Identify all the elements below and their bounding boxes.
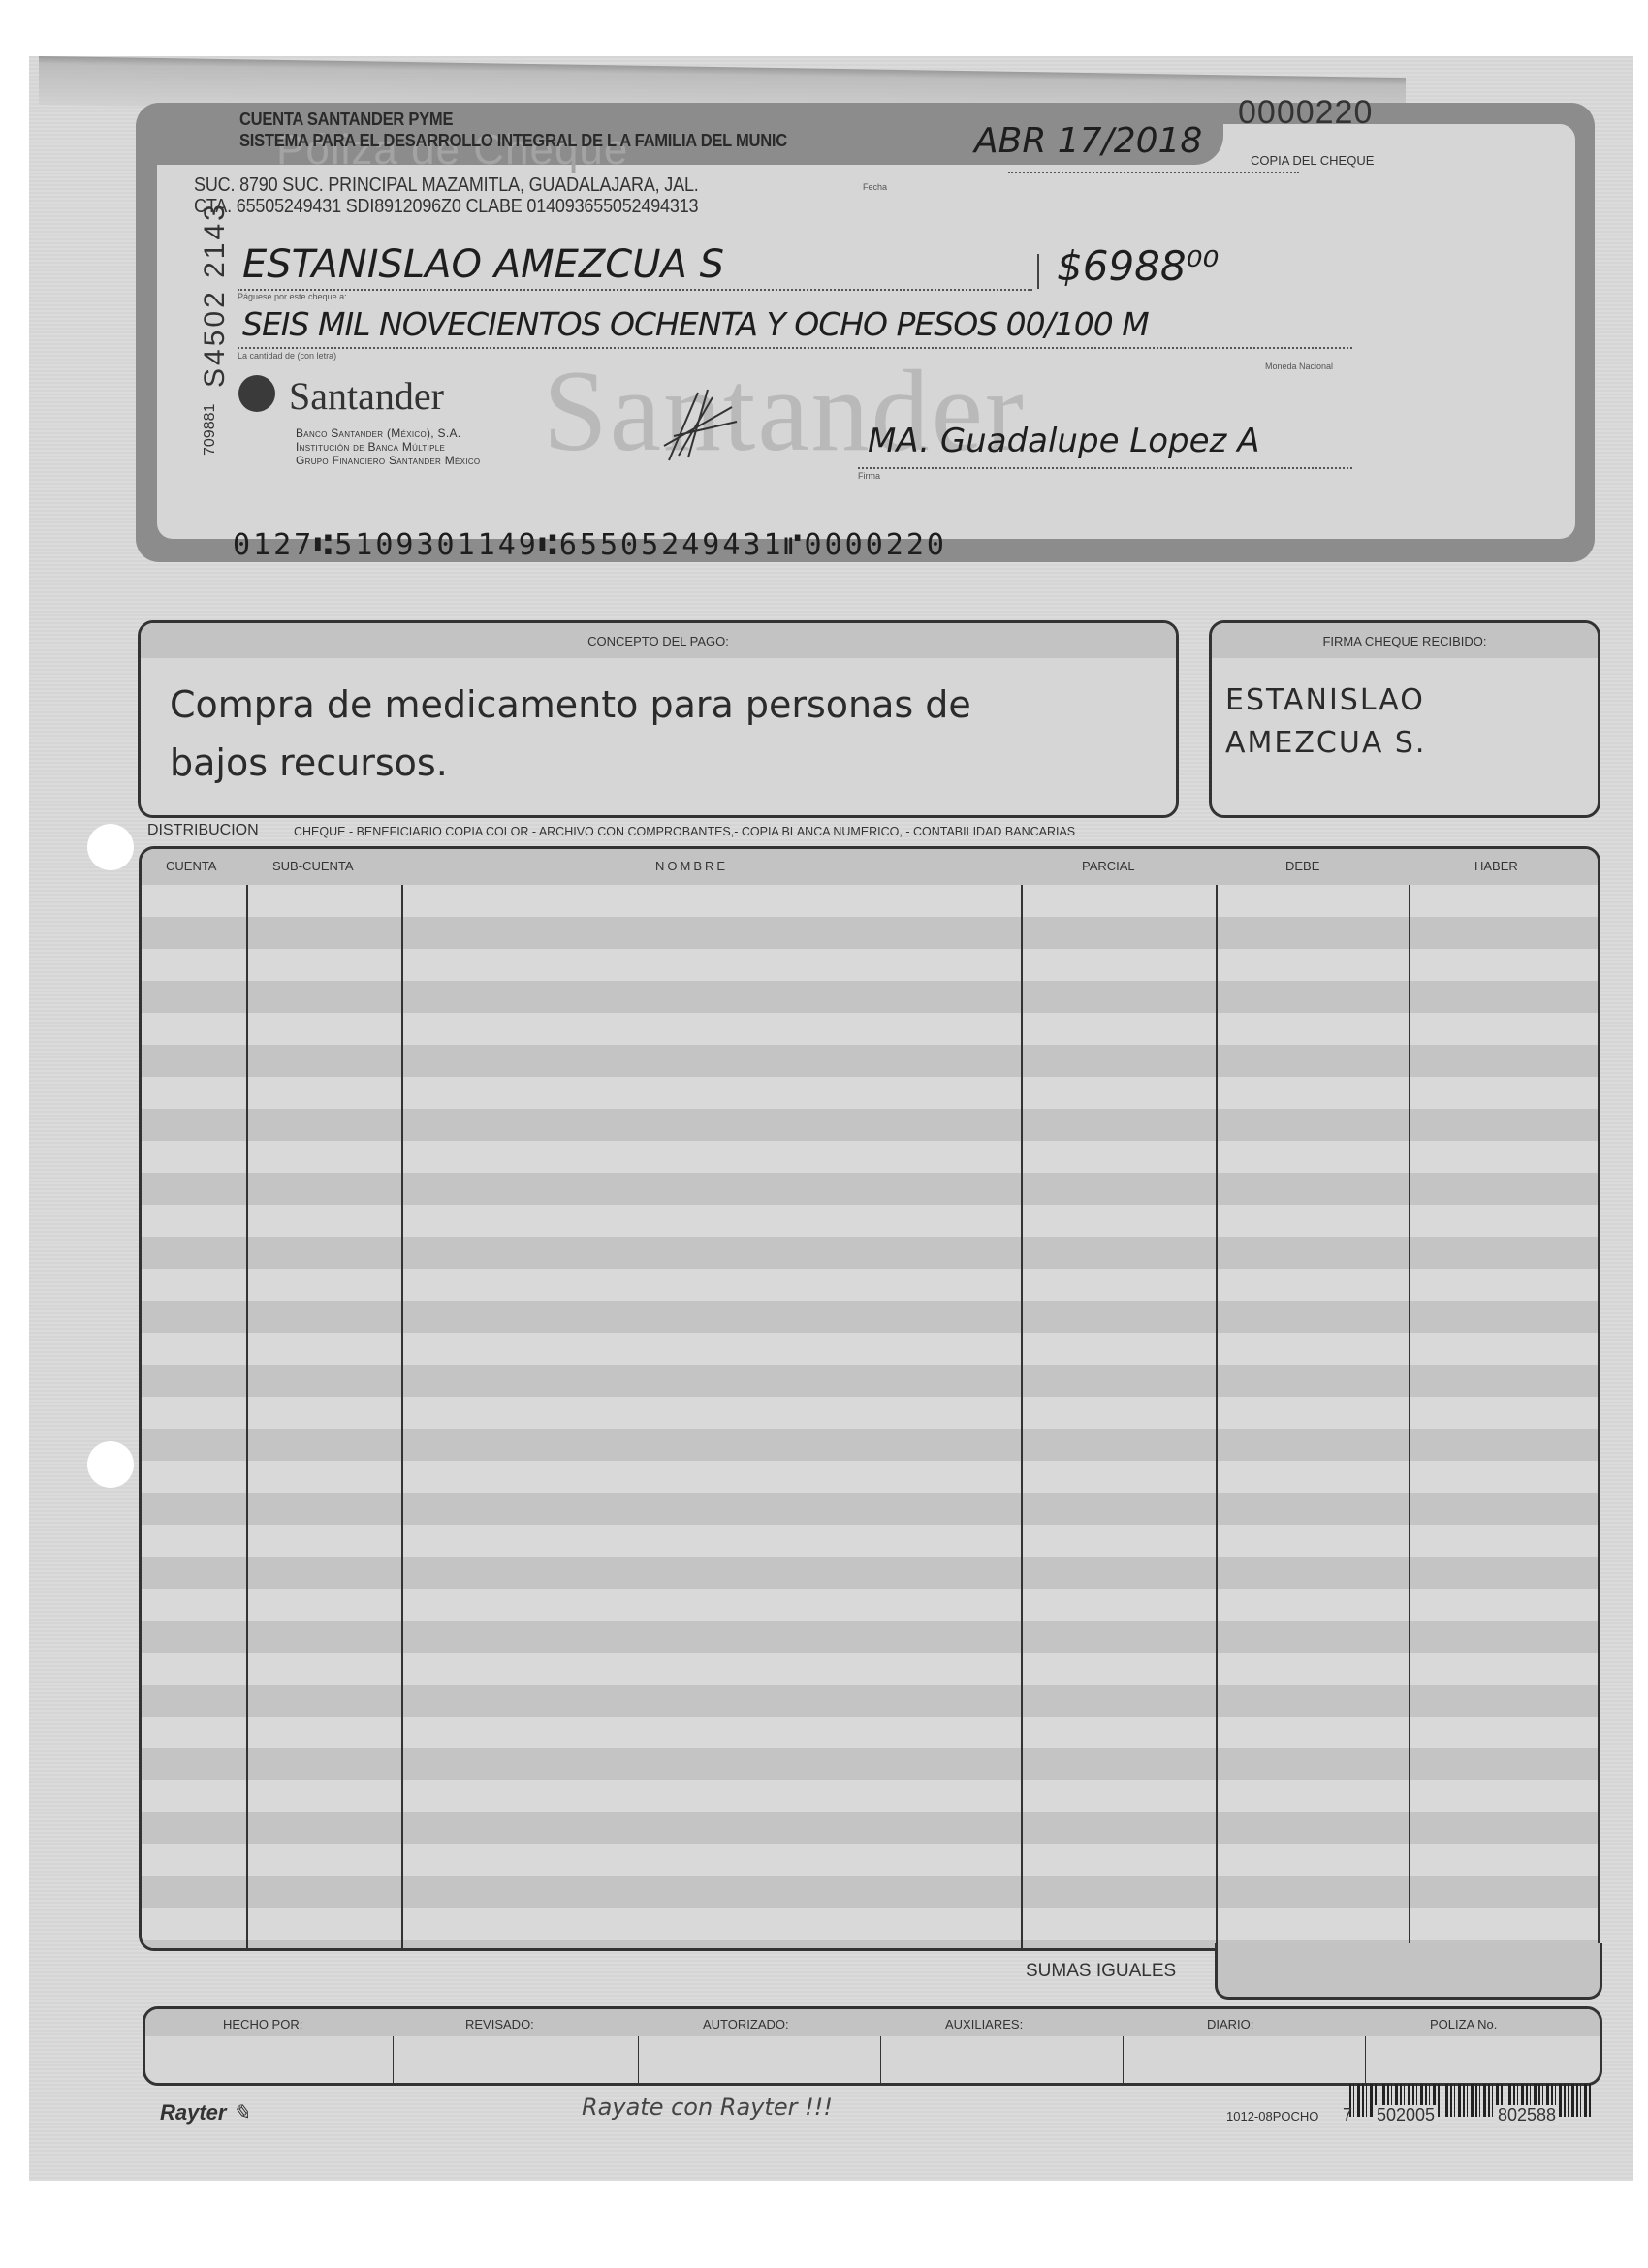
payee-value[interactable]: ESTANISLAO AMEZCUA S — [242, 242, 724, 287]
payee-line — [238, 289, 1032, 291]
bank-legal-info: Banco Santander (México), S.A. Instituci… — [296, 426, 480, 467]
signature-line — [858, 467, 1352, 469]
micr-line: 0127⑆5109301149⑆65505249431⑈0000220 — [233, 528, 947, 562]
date-line — [1008, 172, 1299, 173]
revisado-label: REVISADO: — [465, 2017, 534, 2032]
distribucion-detail: CHEQUE - BENEFICIARIO COPIA COLOR - ARCH… — [294, 825, 1075, 838]
amount-value[interactable]: $6988⁰⁰ — [1057, 242, 1219, 290]
concepto-label: CONCEPTO DEL PAGO: — [141, 623, 1176, 658]
copy-label: COPIA DEL CHEQUE — [1251, 153, 1374, 168]
rayter-logo: Rayter ✎ — [160, 2100, 250, 2126]
signature-label: Firma — [858, 471, 880, 481]
distribution-table: CUENTA SUB-CUENTA NOMBRE PARCIAL DEBE HA… — [139, 846, 1600, 1951]
firma-recibido-label: FIRMA CHEQUE RECIBIDO: — [1212, 623, 1598, 658]
hecho-por-label: HECHO POR: — [223, 2017, 302, 2032]
firma-recibido-box: FIRMA CHEQUE RECIBIDO: ESTANISLAO AMEZCU… — [1209, 620, 1600, 818]
barcode-left: 502005 — [1374, 2105, 1438, 2126]
signature-scribble — [659, 388, 746, 465]
concepto-line-2: bajos recursos. — [170, 734, 1176, 792]
sumas-iguales-field[interactable] — [1215, 1943, 1602, 2000]
auxiliares-label: AUXILIARES: — [945, 2017, 1023, 2032]
signature-divider — [638, 2036, 639, 2083]
slogan: Rayate con Rayter !!! — [582, 2094, 833, 2121]
concepto-text[interactable]: Compra de medicamento para personas de b… — [141, 658, 1176, 792]
signature-divider — [1365, 2036, 1366, 2083]
firma-recibido-text[interactable]: ESTANISLAO AMEZCUA S. — [1212, 658, 1598, 765]
santander-flame-icon — [238, 375, 275, 412]
diario-label: DIARIO: — [1207, 2017, 1253, 2032]
column-divider — [1409, 885, 1410, 1948]
poliza-no-label: POLIZA No. — [1430, 2017, 1497, 2032]
col-header-nombre: NOMBRE — [655, 859, 728, 873]
amount-words-value[interactable]: SEIS MIL NOVECIENTOS OCHENTA Y OCHO PESO… — [242, 305, 1149, 343]
form-code: 1012-08POCHO — [1226, 2109, 1318, 2124]
bank-line-1: Banco Santander (México), S.A. — [296, 426, 480, 440]
concepto-line-1: Compra de medicamento para personas de — [170, 676, 1176, 734]
col-header-sub-cuenta: SUB-CUENTA — [272, 859, 354, 873]
punch-hole-top — [87, 824, 134, 870]
signatures-header — [145, 2009, 1600, 2036]
signature-divider — [880, 2036, 881, 2083]
branch-line: SUC. 8790 SUC. PRINCIPAL MAZAMITLA, GUAD… — [194, 174, 699, 197]
column-divider — [246, 885, 248, 1948]
payee-label: Páguese por este cheque a: — [238, 292, 347, 301]
distribucion-label: DISTRIBUCION — [147, 822, 259, 839]
date-label: Fecha — [863, 182, 887, 192]
serial-small-vertical: 709881 — [202, 404, 219, 456]
barcode-prefix: 7 — [1340, 2105, 1355, 2126]
table-rows[interactable] — [142, 885, 1598, 1948]
col-header-debe: DEBE — [1285, 859, 1319, 873]
punch-hole-bottom — [87, 1441, 134, 1488]
concepto-box: CONCEPTO DEL PAGO: Compra de medicamento… — [138, 620, 1179, 818]
cheque-number: 0000220 — [1238, 94, 1373, 132]
sumas-iguales-label: SUMAS IGUALES — [1026, 1961, 1176, 1982]
currency-label: Moneda Nacional — [1265, 362, 1333, 371]
autorizado-label: AUTORIZADO: — [703, 2017, 789, 2032]
col-header-cuenta: CUENTA — [166, 859, 216, 873]
account-type: CUENTA SANTANDER PYME — [239, 110, 453, 130]
bank-logo: Santander — [289, 373, 444, 419]
signature-divider — [1123, 2036, 1124, 2083]
column-divider — [1216, 885, 1218, 1948]
firma-line-1: ESTANISLAO — [1225, 679, 1598, 722]
column-divider — [401, 885, 403, 1948]
account-holder: SISTEMA PARA EL DESARROLLO INTEGRAL DE L… — [239, 131, 787, 151]
approval-signatures-box: HECHO POR: REVISADO: AUTORIZADO: AUXILIA… — [143, 2006, 1602, 2086]
column-divider — [1021, 885, 1023, 1948]
table-header — [142, 849, 1598, 885]
amount-words-line — [238, 347, 1352, 349]
barcode-right: 802588 — [1495, 2105, 1559, 2126]
firma-line-2: AMEZCUA S. — [1225, 722, 1598, 765]
barcode: 7 502005 802588 — [1340, 2084, 1597, 2134]
bank-line-3: Grupo Financiero Santander México — [296, 454, 480, 467]
col-header-parcial: PARCIAL — [1082, 859, 1135, 873]
account-line: CTA. 65505249431 SDI8912096Z0 CLABE 0140… — [194, 196, 698, 218]
amount-words-label: La cantidad de (con letra) — [238, 351, 336, 361]
signatory-name[interactable]: MA. Guadalupe Lopez A — [868, 422, 1259, 460]
rayter-brand: Rayter — [160, 2100, 226, 2125]
col-header-haber: HABER — [1474, 859, 1518, 873]
date-value[interactable]: ABR 17/2018 — [974, 121, 1202, 161]
serial-number-vertical: S4502 2143 — [199, 202, 232, 388]
bank-line-2: Institución de Banca Múltiple — [296, 440, 480, 454]
amount-divider — [1037, 254, 1039, 289]
signature-divider — [393, 2036, 394, 2083]
pen-icon: ✎ — [233, 2100, 250, 2125]
